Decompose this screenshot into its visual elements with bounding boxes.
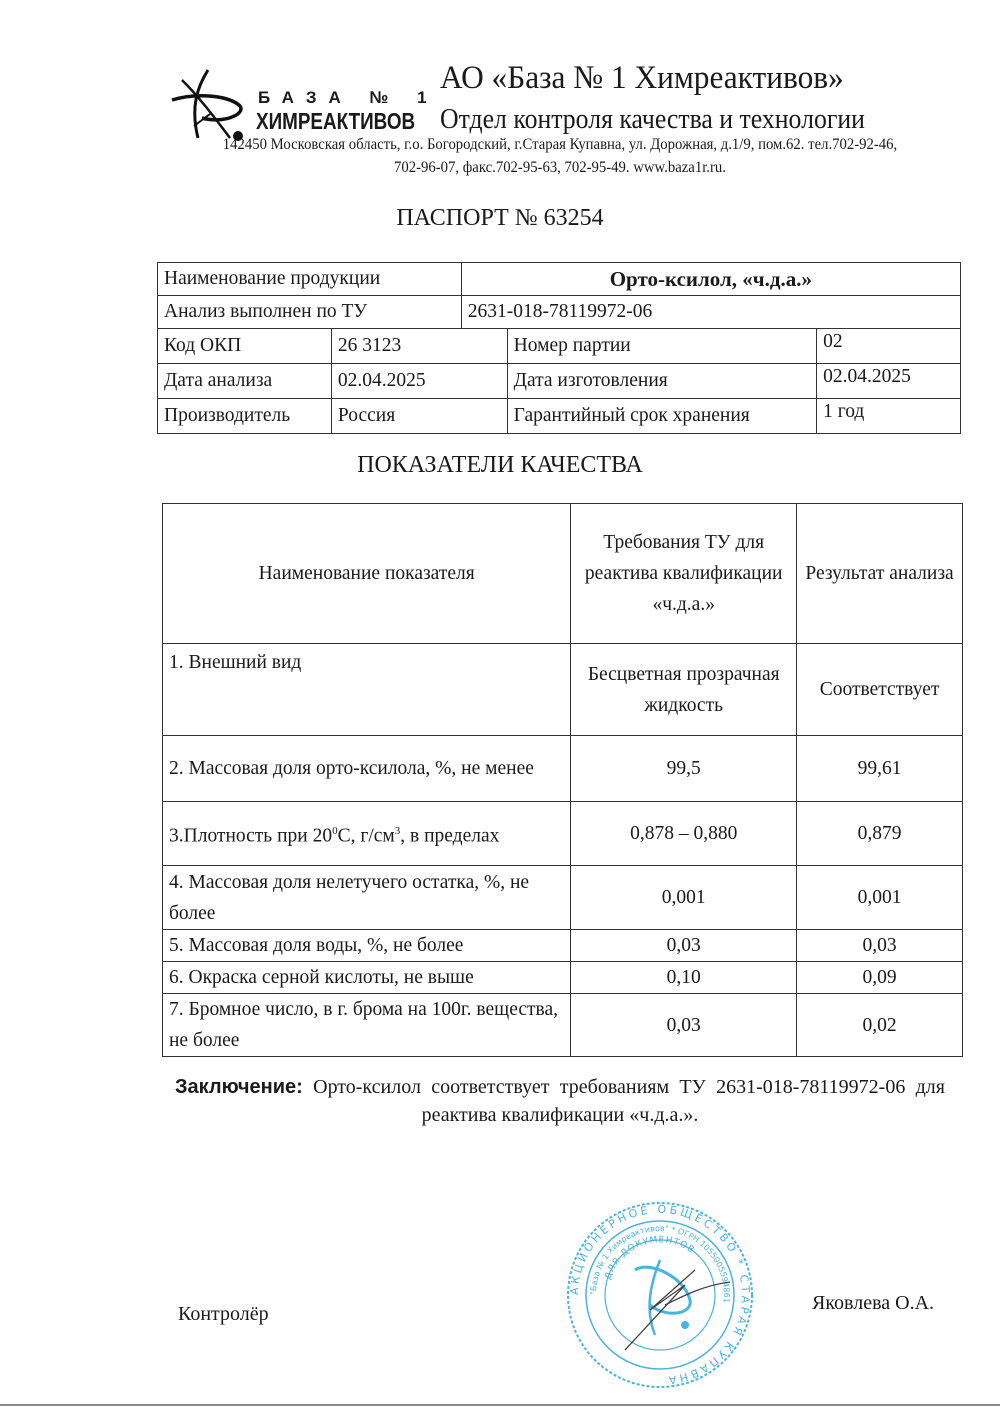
tu-label: Анализ выполнен по ТУ — [158, 296, 462, 329]
quality-row: 3.Плотность при 200С, г/см3, в пределах … — [163, 802, 963, 866]
indicator-result: 0,09 — [797, 962, 963, 994]
conclusion: Заключение: Орто-ксилол соответствует тр… — [175, 1073, 945, 1129]
indicator-name: 3.Плотность при 200С, г/см3, в пределах — [163, 802, 571, 866]
signer-name: Яковлева О.А. — [812, 1292, 934, 1315]
product-value: Орто-ксилол, «ч.д.а.» — [461, 263, 960, 296]
producer-label: Производитель — [158, 399, 332, 434]
quality-row: 6. Окраска серной кислоты, не выше 0,10 … — [163, 962, 963, 994]
indicator-result: 0,03 — [797, 930, 963, 962]
indicator-result: 0,879 — [797, 802, 963, 866]
shelf-life-value: 1 год — [817, 399, 961, 434]
analysis-date-label: Дата анализа — [158, 364, 332, 399]
passport-title: ПАСПОРТ № 63254 — [0, 205, 1000, 232]
okp-value: 26 3123 — [331, 329, 507, 364]
indicator-result: 99,61 — [797, 736, 963, 802]
controller-label: Контролёр — [178, 1303, 269, 1326]
indicator-requirement: 0,001 — [571, 866, 797, 930]
batch-label: Номер партии — [507, 329, 816, 364]
conclusion-text: Орто-ксилол соответствует требованиям ТУ… — [303, 1076, 945, 1126]
okp-label: Код ОКП — [158, 329, 332, 364]
department-name: Отдел контроля качества и технологии — [440, 104, 865, 136]
conclusion-label: Заключение: — [175, 1076, 303, 1098]
indicator-requirement: 0,878 – 0,880 — [571, 802, 797, 866]
indicator-name: 5. Массовая доля воды, %, не более — [163, 930, 571, 962]
quality-row: 2. Массовая доля орто-ксилола, %, не мен… — [163, 736, 963, 802]
indicator-result: 0,02 — [797, 994, 963, 1057]
shelf-life-label: Гарантийный срок хранения — [507, 399, 816, 434]
quality-title: ПОКАЗАТЕЛИ КАЧЕСТВА — [0, 452, 1000, 479]
manufacture-date-value: 02.04.2025 — [817, 364, 961, 399]
quality-header-row: Наименование показателя Требования ТУ дл… — [163, 504, 963, 644]
batch-value: 02 — [817, 329, 961, 364]
info-row-producer: Производитель Россия Гарантийный срок хр… — [158, 399, 961, 434]
product-label: Наименование продукции — [158, 263, 462, 296]
logo-text-line1: БАЗА № 1 — [258, 88, 439, 108]
logo-text-line2: ХИМРЕАКТИВОВ — [256, 108, 415, 135]
company-stamp-icon: АКЦИОНЕРНОЕ ОБЩЕСТВО * СТАРАЯ КУПАВНА "Б… — [565, 1200, 755, 1390]
company-address: 142450 Московская область, г.о. Богородс… — [190, 133, 931, 179]
info-row-dates: Дата анализа 02.04.2025 Дата изготовлени… — [158, 364, 961, 399]
info-row-product: Наименование продукции Орто-ксилол, «ч.д… — [158, 263, 961, 296]
info-row-tu: Анализ выполнен по ТУ 2631-018-78119972-… — [158, 296, 961, 329]
indicator-requirement: Бесцветная прозрачная жидкость — [571, 644, 797, 736]
page-bottom-divider — [0, 1404, 1000, 1406]
address-line-2: 702-96-07, факс.702-95-63, 702-95-49. ww… — [190, 156, 931, 179]
product-info-table: Наименование продукции Орто-ксилол, «ч.д… — [157, 262, 961, 434]
quality-table: Наименование показателя Требования ТУ дл… — [162, 503, 963, 1057]
quality-row: 4. Массовая доля нелетучего остатка, %, … — [163, 866, 963, 930]
tu-value: 2631-018-78119972-06 — [461, 296, 960, 329]
indicator-name: 6. Окраска серной кислоты, не выше — [163, 962, 571, 994]
address-line-1: 142450 Московская область, г.о. Богородс… — [190, 133, 931, 156]
producer-value: Россия — [331, 399, 507, 434]
company-name: АО «База № 1 Химреактивов» — [440, 60, 844, 97]
quality-row: 7. Бромное число, в г. брома на 100г. ве… — [163, 994, 963, 1057]
header-indicator-name: Наименование показателя — [163, 504, 571, 644]
manufacture-date-label: Дата изготовления — [507, 364, 816, 399]
indicator-requirement: 0,03 — [571, 994, 797, 1057]
indicator-name: 4. Массовая доля нелетучего остатка, %, … — [163, 866, 571, 930]
header-requirement: Требования ТУ для реактива квалификации … — [571, 504, 797, 644]
indicator-requirement: 0,10 — [571, 962, 797, 994]
indicator-name: 1. Внешний вид — [163, 644, 571, 736]
header-result: Результат анализа — [797, 504, 963, 644]
analysis-date-value: 02.04.2025 — [331, 364, 507, 399]
quality-row: 5. Массовая доля воды, %, не более 0,03 … — [163, 930, 963, 962]
quality-row: 1. Внешний вид Бесцветная прозрачная жид… — [163, 644, 963, 736]
indicator-requirement: 0,03 — [571, 930, 797, 962]
indicator-result: 0,001 — [797, 866, 963, 930]
indicator-result: Соответствует — [797, 644, 963, 736]
indicator-requirement: 99,5 — [571, 736, 797, 802]
info-row-okp: Код ОКП 26 3123 Номер партии 02 — [158, 329, 961, 364]
indicator-name: 2. Массовая доля орто-ксилола, %, не мен… — [163, 736, 571, 802]
indicator-name: 7. Бромное число, в г. брома на 100г. ве… — [163, 994, 571, 1057]
